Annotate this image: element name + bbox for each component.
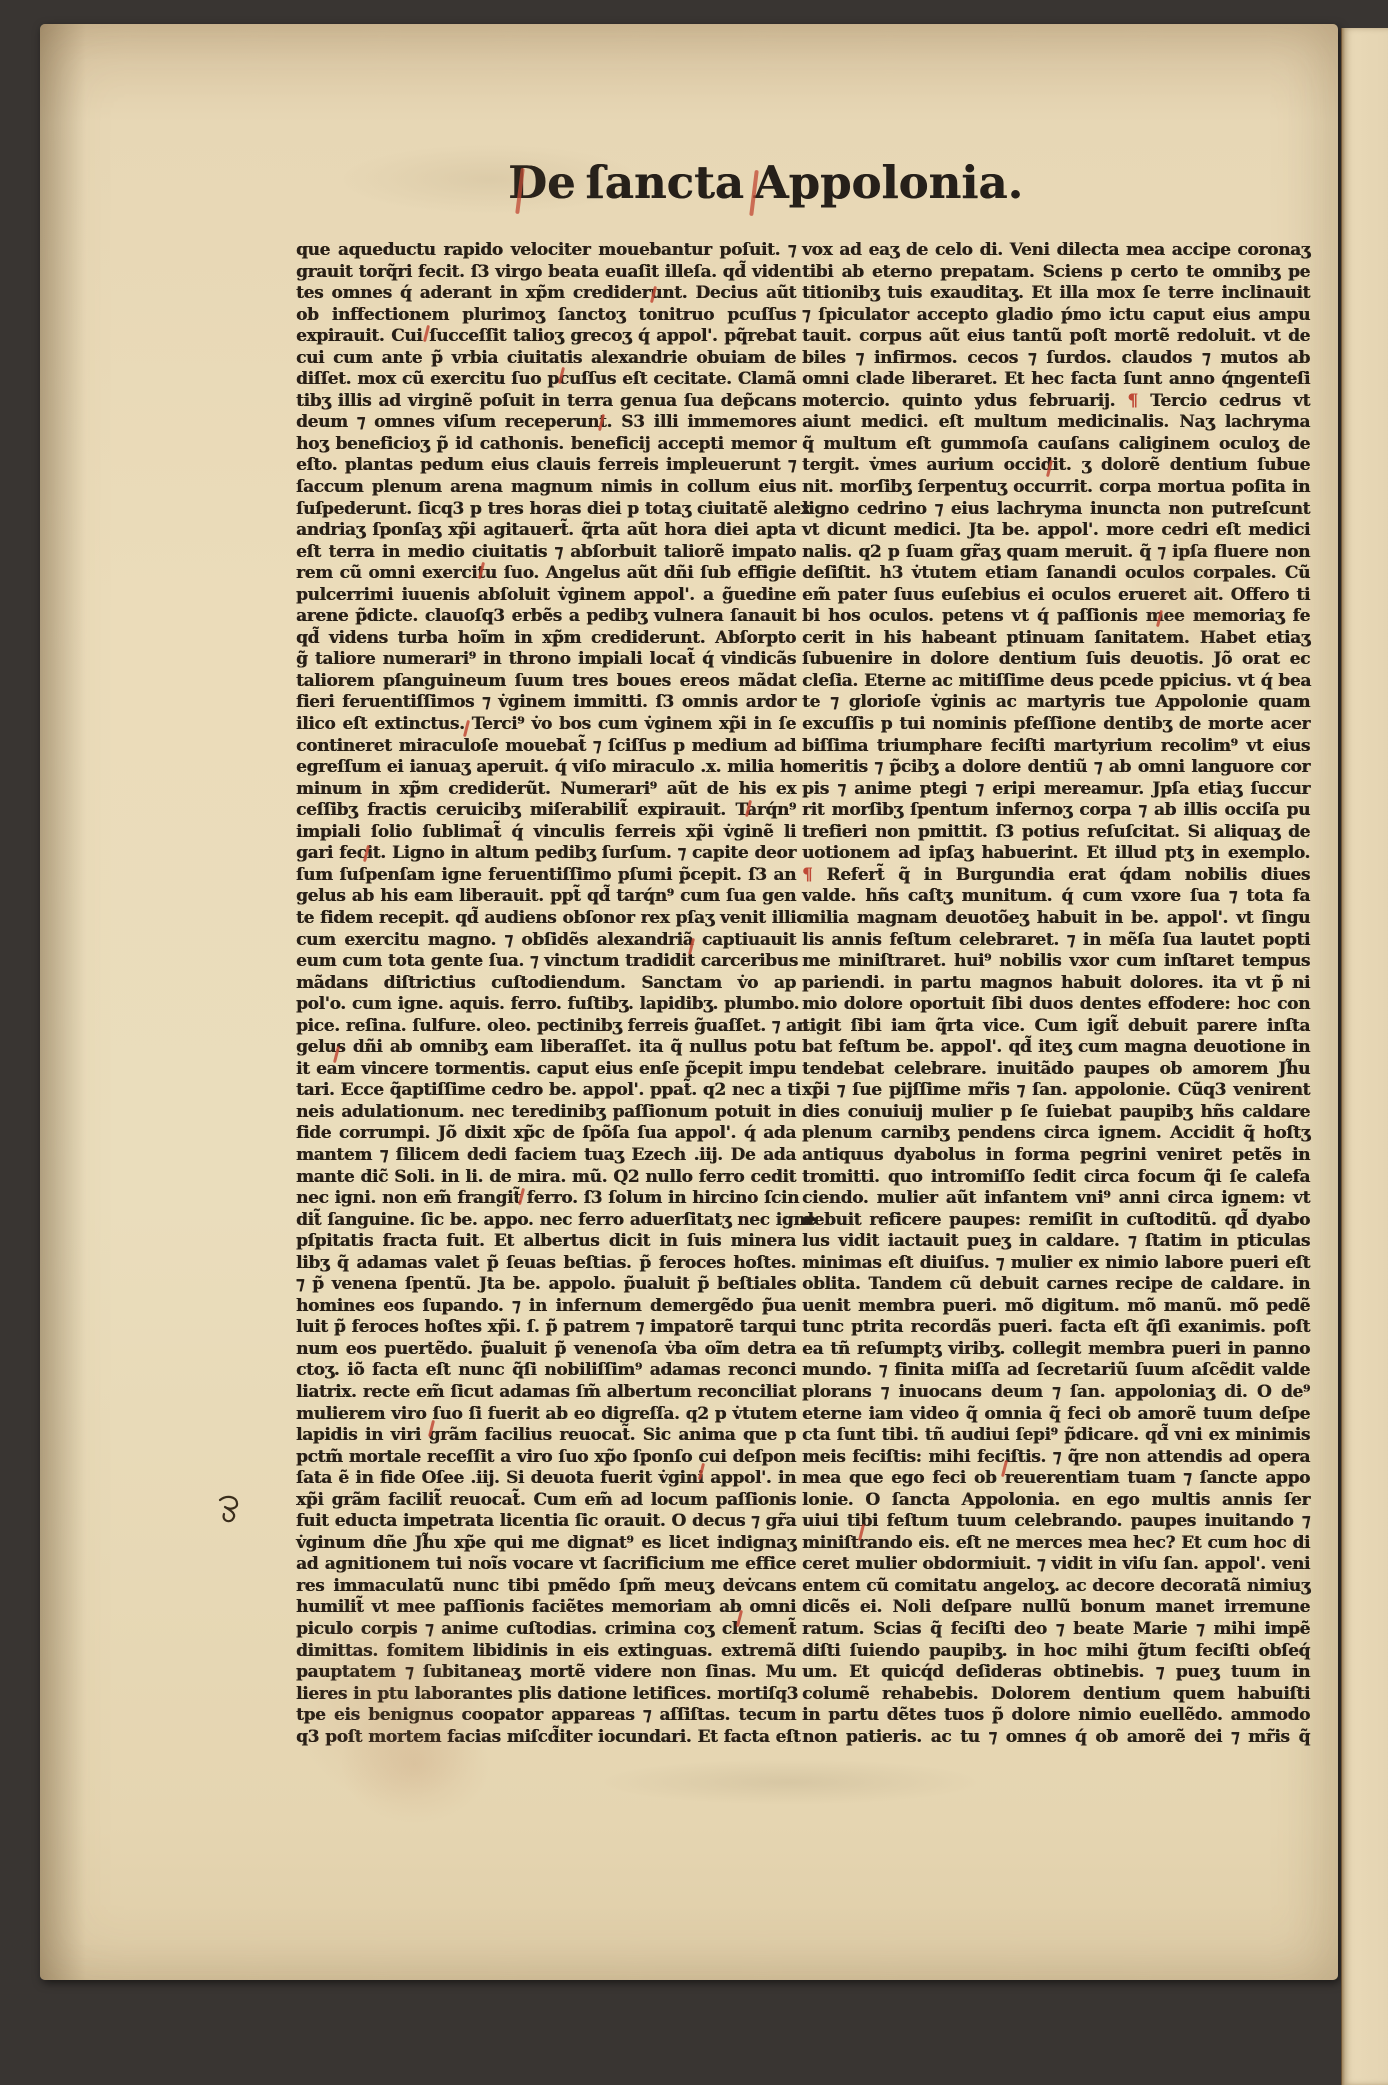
text-line: g̃ taliore numerari⁹ in throno impiali l…	[296, 649, 796, 671]
text-line: lonie. O ſancta Appolonia. en ego multis…	[802, 1490, 1310, 1512]
text-line: eſt terra in medio ciuitatis ⁊ abſorbuit…	[296, 542, 796, 564]
text-line: in partu dẽtes tuos p̃ dolore nimio euel…	[802, 1705, 1310, 1727]
text-line: fieri feruentiſſimos ⁊ v̇ginem immitti. …	[296, 692, 796, 714]
text-line: pulcerrimi iuuenis abſoluit v̇ginem appo…	[296, 585, 796, 607]
text-line: vox ad eaʒ de celo di. Veni dilecta mea …	[802, 240, 1310, 262]
text-line: it eam vincere tormentis. caput eius enſ…	[296, 1059, 796, 1081]
text-line: plenum carnibʒ pendens circa ignem. Acci…	[802, 1123, 1310, 1145]
text-line: mante dic̃ Soli. in li. de mira. mũ. Q2 …	[296, 1167, 796, 1189]
text-line: mundo. ⁊ finita miſſa ad ſecretariũ ſuum…	[802, 1360, 1310, 1382]
text-line: me miniſtraret. hui⁹ nobilis vxor cum in…	[802, 951, 1310, 973]
text-line: pſpitatis fracta fuit. Et albertus dicit…	[296, 1231, 796, 1253]
text-line: aiunt medici. eſt multum medicinalis. Na…	[802, 412, 1310, 434]
text-line: gelus ab his eam liberauit. ppt̃ qd̃ tar…	[296, 886, 796, 908]
text-line: vt dicunt medici. Jta be. appol'. more c…	[802, 520, 1310, 542]
text-line: nit. morſibʒ ſerpentuʒ occurrit. corpa m…	[802, 477, 1310, 499]
text-line: tes omnes q́ aderant in xp̃m crediderunt…	[296, 283, 796, 305]
text-line: dit̃ ſanguine. ſic be. appo. nec ferro a…	[296, 1210, 796, 1232]
text-line: cum exercitu magno. ⁊ obſidẽs alexandriã…	[296, 930, 796, 952]
text-line: rem cũ omni exercitu ſuo. Angelus aũt dñ…	[296, 563, 796, 585]
text-line: titionibʒ tuis exauditaʒ. Et illa mox ſe…	[802, 283, 1310, 305]
text-line: um. Et quicq́d deſideras obtinebis. ⁊ pu…	[802, 1662, 1310, 1684]
text-line: ¶ Refert̃ q̃ in Burgundia erat q́dam nob…	[802, 865, 1310, 887]
text-line: pis ⁊ anime ptegi ⁊ eripi mereamur. Jpſa…	[802, 779, 1310, 801]
text-line: ilico eſt extinctus. Terci⁹ v̇o bos cum …	[296, 714, 796, 736]
text-line: nec igni. non em̃ frangit̃ ferro. ſ3 ſol…	[296, 1188, 796, 1210]
text-line: deum ⁊ omnes viſum receperunt. S3 illi i…	[296, 412, 796, 434]
text-line: eterne iam video q̃ omnia q̃ feci ob amo…	[802, 1404, 1310, 1426]
text-line: ſata ẽ in fide Oſee .iij. Si deuota fuer…	[296, 1468, 796, 1490]
text-line: q3 poſt mortem facias miſcd̃iter iocunda…	[296, 1727, 796, 1749]
text-line: tunc ptrita recordãs pueri. facta eſt q̃…	[802, 1317, 1310, 1339]
text-line: ratum. Scias q̃ feciſti deo ⁊ beate Mari…	[802, 1619, 1310, 1641]
text-line: fide corrumpi. Jõ dixit xp̃c de ſpõſa ſu…	[296, 1123, 796, 1145]
text-line: tibʒ illis ad virginẽ poſuit in terra ge…	[296, 391, 796, 413]
text-line: minimas eſt diuiſus. ⁊ mulier ex nimio l…	[802, 1253, 1310, 1275]
pilcrow-mark: ¶	[802, 865, 812, 885]
text-line: tibi ab eterno prepatam. Sciens p certo …	[802, 262, 1310, 284]
book-page: De ſancta Appolonia. que aqueductu rapid…	[40, 24, 1338, 1980]
text-line: qd̃ videns turba hoĩm in xp̃m crediderun…	[296, 628, 796, 650]
text-line: humilit̃ vt mee paſſionis faciẽtes memor…	[296, 1597, 796, 1619]
text-line: nalis. q2 p ſuam gr̃aʒ quam meruit. q̃ ⁊…	[802, 542, 1310, 564]
text-line: excuſſis p tui nominis pfeſſione dentibʒ…	[802, 714, 1310, 736]
text-line: diſſet. mox cũ exercitu ſuo pcuſſus eſt …	[296, 369, 796, 391]
text-line: meritis ⁊ p̃cibʒ a dolore dentiũ ⁊ ab om…	[802, 757, 1310, 779]
text-line: deſiſtit. h3 v̇tutem etiam ſanandi oculo…	[802, 563, 1310, 585]
text-line: tauit. corpus aũt eius tantũ poſt mortẽ …	[802, 326, 1310, 348]
marginal-pen-mark	[216, 1494, 242, 1524]
text-line: homines eos ſupando. ⁊ in infernum demer…	[296, 1296, 796, 1318]
text-line: gelus dñi ab omnibʒ eam liberaſſet. ita …	[296, 1037, 796, 1059]
text-line: andriaʒ ſponſaʒ xp̃i agitauert̃. q̃rta a…	[296, 520, 796, 542]
text-line: tpe eis benignus coopator appareas ⁊ aſſ…	[296, 1705, 796, 1727]
text-line: arene p̃dicte. clauoſq3 erbẽs a pedibʒ v…	[296, 606, 796, 628]
text-line: ſuſpederunt. ſicq3 p tres horas diei p t…	[296, 499, 796, 521]
text-line: pauptatem ⁊ ſubitaneaʒ mortẽ videre non …	[296, 1662, 796, 1684]
text-line: impiali ſolio ſublimat̃ q́ vinculis ferr…	[296, 822, 796, 844]
text-line: pctm̃ mortale receſſit a viro ſuo xp̃o ſ…	[296, 1447, 796, 1469]
scanned-book-photo: { "document": { "kind": "incunabulum pag…	[0, 0, 1388, 2085]
text-line: tergit. v̇mes aurium occidit. ʒ dolorẽ d…	[802, 455, 1310, 477]
text-line: tigit ſibi iam q̃rta vice. Cum igit̃ deb…	[802, 1016, 1310, 1038]
text-line: mulierem viro ſuo ſi fuerit ab eo digreſ…	[296, 1404, 796, 1426]
text-line: ea tñ reſumptʒ viribʒ. collegit membra p…	[802, 1339, 1310, 1361]
text-line: num eos puertẽdo. p̃ualuit p̃ venenoſa v…	[296, 1339, 796, 1361]
text-line: mea que ego feci ob reuerentiam tuam ⁊ ſ…	[802, 1468, 1310, 1490]
text-line: uenit membra pueri. mõ digitum. mõ manũ.…	[802, 1296, 1310, 1318]
text-line: tromitti. quo intromiſſo ſedit circa foc…	[802, 1167, 1310, 1189]
text-column-right: vox ad eaʒ de celo di. Veni dilecta mea …	[802, 240, 1310, 1748]
text-line: tendebat celebrare. inuitãdo paupes ob a…	[802, 1059, 1310, 1081]
text-line: cerit in his habeant ptinuam ſanitatem. …	[802, 628, 1310, 650]
text-line: luit p̃ feroces hoſtes xp̃i. ſ. p̃ patre…	[296, 1317, 796, 1339]
text-line: te fidem recepit. qd̃ audiens obſonor re…	[296, 908, 796, 930]
text-line: v̇ginum dñe Jh̃u xp̃e qui me dignat⁹ es …	[296, 1533, 796, 1555]
text-line: xp̃i grãm facilit̃ reuocat̃. Cum em̃ ad …	[296, 1490, 796, 1512]
text-line: gari fecit. Ligno in altum pedibʒ ſurſum…	[296, 843, 796, 865]
text-line: cta ſunt tibi. tñ audiui ſepi⁹ p̃dicare.…	[802, 1425, 1310, 1447]
text-line: tari. Ecce q̃aptiſſime cedro be. appol'.…	[296, 1080, 796, 1102]
text-line: non patieris. ac tu ⁊ omnes q́ ob amorẽ …	[802, 1727, 1310, 1749]
text-line: ⁊ ſpiculator accepto gladio ṕmo ictu cap…	[802, 305, 1310, 327]
text-line: ſubuenire in dolore dentium ſuis deuotis…	[802, 649, 1310, 671]
text-line: fuit educta impetrata licentia ſic oraui…	[296, 1511, 796, 1533]
text-line: dies conuiuij mulier p ſe ſuiebat paupib…	[802, 1102, 1310, 1124]
text-line: taliorem pſanguineum ſuum tres boues ere…	[296, 671, 796, 693]
text-line: motercio. quinto ydus februarij. ¶ Terci…	[802, 391, 1310, 413]
text-line: lieres in ptu laborantes plis datione le…	[296, 1684, 796, 1706]
next-page-edge	[1341, 28, 1388, 2085]
text-line: mio dolore oportuit ſibi duos dentes eff…	[802, 994, 1310, 1016]
text-line: ob inffectionem plurimoʒ ſanctoʒ tonitru…	[296, 305, 796, 327]
text-line: libʒ q̃ adamas valet p̃ ſeuas beſtias. p…	[296, 1253, 796, 1275]
text-line: cleſia. Eterne ac mitiſſime deus pcede p…	[802, 671, 1310, 693]
text-line: eum cum tota gente ſua. ⁊ vinctum tradid…	[296, 951, 796, 973]
text-line: ligno cedrino ⁊ eius lachryma inuncta no…	[802, 499, 1310, 521]
text-line: plorans ⁊ inuocans deum ⁊ ſan. appolonia…	[802, 1382, 1310, 1404]
text-line: omni clade liberaret. Et hec facta ſunt …	[802, 369, 1310, 391]
text-line: uiui tibi feſtum tuum celebrando. paupes…	[802, 1511, 1310, 1533]
text-line: valde. hñs caſtʒ munitum. q́ cum vxore ſ…	[802, 886, 1310, 908]
text-line: que aqueductu rapido velociter mouebantu…	[296, 240, 796, 262]
text-line: bat feſtum be. appol'. qd̃ iteʒ cum magn…	[802, 1037, 1310, 1059]
text-line: oblita. Tandem cũ debuit carnes recipe d…	[802, 1274, 1310, 1296]
text-line: hoʒ beneficioʒ p̃ id cathonis. beneficij…	[296, 434, 796, 456]
text-line: columẽ rehabebis. Dolorem dentium quem h…	[802, 1684, 1310, 1706]
text-line: milia magnam deuotõeʒ habuit in be. appo…	[802, 908, 1310, 930]
text-line: minum in xp̃m crediderũt. Numerari⁹ aũt …	[296, 779, 796, 801]
text-line: biſſima triumphare feciſti martyrium rec…	[802, 736, 1310, 758]
text-line: em̃ pater ſuus euſebius ei oculos eruere…	[802, 585, 1310, 607]
text-line: ceret mulier obdormiuit. ⁊ vidit in viſu…	[802, 1554, 1310, 1576]
text-line: dimittas. fomitem libidinis in eis extin…	[296, 1641, 796, 1663]
text-line: ſaccum plenum arena magnum nimis in coll…	[296, 477, 796, 499]
page-title: De ſancta Appolonia.	[508, 156, 978, 209]
text-line: ciendo. mulier aũt infantem vni⁹ anni ci…	[802, 1188, 1310, 1210]
text-line: ceſſibʒ fractis ceruicibʒ miſerabilit̃ e…	[296, 800, 796, 822]
text-line: lus vidit iactauit pueʒ in caldare. ⁊ ſt…	[802, 1231, 1310, 1253]
text-line: debuit reficere paupes: remiſit in cuſto…	[802, 1210, 1310, 1232]
text-line: ſum ſuſpenſam igne feruentiſſimo pſumi p…	[296, 865, 796, 887]
text-line: pice. reſina. ſulfure. oleo. pectinibʒ f…	[296, 1016, 796, 1038]
text-line: biles ⁊ infirmos. cecos ⁊ ſurdos. claudo…	[802, 348, 1310, 370]
text-line: expirauit. Cui ſucceſſit talioʒ grecoʒ q…	[296, 326, 796, 348]
text-line: egreſſum ei ianuaʒ aperuit. q́ viſo mira…	[296, 757, 796, 779]
text-line: trefieri non pmittit. ſ3 potius reſuſcit…	[802, 822, 1310, 844]
text-line: q̃ multum eſt gummoſa cauſans caliginem …	[802, 434, 1310, 456]
text-line: contineret miraculoſe mouebat̃ ⁊ ſciſſus…	[296, 736, 796, 758]
text-line: neis adulationum. nec teredinibʒ paſſion…	[296, 1102, 796, 1124]
text-line: uotionem ad ipſaʒ habuerint. Et illud pt…	[802, 843, 1310, 865]
text-column-left: que aqueductu rapido velociter mouebantu…	[296, 240, 796, 1748]
text-line: pariendi. in partu magnos habuit dolores…	[802, 973, 1310, 995]
text-line: xp̃i ⁊ ſue pijſſime mr̃is ⁊ ſan. appolon…	[802, 1080, 1310, 1102]
pilcrow-mark: ¶	[1127, 391, 1137, 411]
text-line: liatrix. recte em̃ ſicut adamas ſm̃ albe…	[296, 1382, 796, 1404]
text-line: mãdans diſtrictius cuſtodiendum. Sanctam…	[296, 973, 796, 995]
paper-stain	[600, 1759, 980, 1805]
text-line: lis annis feſtum celebraret. ⁊ in mẽſa ſ…	[802, 930, 1310, 952]
text-line: meis feciſtis: mihi feciſtis. ⁊ q̃re non…	[802, 1447, 1310, 1469]
text-line: dicẽs ei. Noli deſpare nullũ bonum manet…	[802, 1597, 1310, 1619]
text-line: miniſtrando eis. eſt ne merces mea hec? …	[802, 1533, 1310, 1555]
text-line: diſti ſuiendo paupibʒ. in hoc mihi g̃tum…	[802, 1641, 1310, 1663]
text-line: ad agnitionem tui noĩs vocare vt ſacrifi…	[296, 1554, 796, 1576]
text-line: te ⁊ glorioſe v̇ginis ac martyris tue Ap…	[802, 692, 1310, 714]
text-line: cui cum ante p̃ vrbia ciuitatis alexandr…	[296, 348, 796, 370]
text-line: antiquus dyabolus in forma pegrini venir…	[802, 1145, 1310, 1167]
text-line: mantem ⁊ ſilicem dedi faciem tuaʒ Ezech …	[296, 1145, 796, 1167]
text-line: rit morſibʒ ſpentum infernoʒ corpa ⁊ ab …	[802, 800, 1310, 822]
text-line: bi hos oculos. petens vt q́ paſſionis me…	[802, 606, 1310, 628]
text-line: entem cũ comitatu angeloʒ. ac decore dec…	[802, 1576, 1310, 1598]
text-line: pol'o. cum igne. aquis. ferro. fuſtibʒ. …	[296, 994, 796, 1016]
text-line: grauit torq̃ri fecit. ſ3 virgo beata eua…	[296, 262, 796, 284]
text-line: piculo corpis ⁊ anime cuſtodias. crimina…	[296, 1619, 796, 1641]
text-line: lapidis in viri grãm facilius reuocat̃. …	[296, 1425, 796, 1447]
text-line: eſto. plantas pedum eius clauis ferreis …	[296, 455, 796, 477]
text-line: ⁊ p̃ venena ſpentũ. Jta be. appolo. p̃ua…	[296, 1274, 796, 1296]
text-line: res immaculatũ nunc tibi pmẽdo ſpm̃ meuʒ…	[296, 1576, 796, 1598]
text-line: ctoʒ. iõ facta eſt nunc q̃ſi nobiliſſim⁹…	[296, 1360, 796, 1382]
